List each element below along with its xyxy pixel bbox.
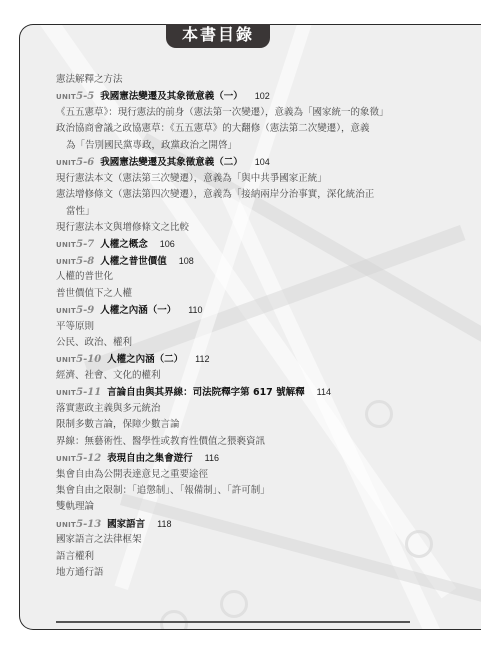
toc-item[interactable]: 憲法解釋之方法: [56, 72, 476, 88]
toc-item[interactable]: 落實憲政主義與多元統治: [56, 401, 476, 417]
table-of-contents: 憲法解釋之方法UNIT5-5我國憲法變遷及其象徵意義（一）102《五五憲草》：現…: [56, 72, 476, 582]
toc-item[interactable]: 集會自由之限制：「追懲制」、「報備制」、「許可制」: [56, 483, 476, 499]
page-number: 104: [255, 157, 270, 167]
unit-number: 5-7: [76, 239, 94, 250]
toc-item[interactable]: 憲法增修條文（憲法第四次變遷），意義為「接納兩岸分治事實，深化統治正: [56, 187, 476, 203]
toc-item[interactable]: 現行憲法本文（憲法第三次變遷），意義為「與中共爭國家正統」: [56, 171, 476, 187]
unit-tag-label: UNIT: [56, 356, 76, 364]
page-title: 本書目錄: [166, 24, 270, 48]
unit-tag-label: UNIT: [56, 307, 76, 315]
toc-item[interactable]: 限制多數言論，保障少數言論: [56, 417, 476, 433]
toc-item[interactable]: 經濟、社會、文化的權利: [56, 368, 476, 384]
unit-tag-label: UNIT: [56, 159, 76, 167]
unit-number: 5-5: [76, 91, 94, 102]
background-circle: [160, 610, 188, 630]
page-number: 112: [195, 354, 209, 364]
toc-unit-entry[interactable]: UNIT5-11言論自由與其界線：司法院釋字第 617 號解釋114: [56, 384, 476, 400]
toc-unit-entry[interactable]: UNIT5-13國家語言118: [56, 516, 476, 532]
bottom-divider: [56, 621, 410, 623]
toc-item[interactable]: 現行憲法本文與增修條文之比較: [56, 220, 476, 236]
toc-item[interactable]: 雙軌理論: [56, 499, 476, 515]
unit-tag-label: UNIT: [56, 258, 76, 266]
background-circle: [220, 590, 248, 618]
toc-item[interactable]: 人權的普世化: [56, 269, 476, 285]
toc-item[interactable]: 國家語言之法律框架: [56, 532, 476, 548]
toc-item[interactable]: 政治協商會議之政協憲草：《五五憲草》的大翻修（憲法第二次變遷），意義: [56, 121, 476, 137]
page-number: 106: [160, 239, 175, 249]
toc-item[interactable]: 《五五憲草》：現行憲法的前身（憲法第一次變遷），意義為「國家統一的象徵」: [56, 105, 476, 121]
unit-title: 我國憲法變遷及其象徵意義（二）: [100, 157, 243, 168]
unit-number: 5-12: [76, 453, 101, 464]
unit-tag-label: UNIT: [56, 455, 76, 463]
unit-tag-label: UNIT: [56, 389, 76, 397]
unit-tag-label: UNIT: [56, 241, 76, 249]
page-number: 118: [157, 519, 171, 529]
page-number: 110: [188, 305, 202, 315]
toc-item[interactable]: 普世價值下之人權: [56, 286, 476, 302]
toc-unit-entry[interactable]: UNIT5-10人權之內涵（二）112: [56, 351, 476, 367]
toc-item[interactable]: 集會自由為公開表達意見之重要途徑: [56, 467, 476, 483]
unit-title: 國家語言: [107, 519, 145, 530]
page-number: 102: [255, 91, 270, 101]
toc-item-continuation[interactable]: 為「告別國民黨專政，政黨政治之開啓」: [56, 138, 476, 154]
toc-item[interactable]: 地方通行語: [56, 565, 476, 581]
unit-tag-label: UNIT: [56, 521, 76, 529]
unit-number: 5-6: [76, 157, 94, 168]
unit-title: 我國憲法變遷及其象徵意義（一）: [100, 91, 243, 102]
toc-unit-entry[interactable]: UNIT5-7人權之概念106: [56, 236, 476, 252]
page-number: 116: [205, 453, 219, 463]
unit-tag-label: UNIT: [56, 93, 76, 101]
unit-title: 人權之概念: [100, 239, 148, 250]
unit-title: 人權之普世價值: [100, 256, 167, 267]
toc-item[interactable]: 公民、政治、權利: [56, 335, 476, 351]
toc-item[interactable]: 平等原則: [56, 319, 476, 335]
toc-unit-entry[interactable]: UNIT5-9人權之內涵（一）110: [56, 302, 476, 318]
unit-title: 人權之內涵（一）: [100, 305, 176, 316]
page-number: 114: [317, 387, 331, 397]
unit-number: 5-11: [76, 387, 101, 398]
unit-title: 言論自由與其界線：司法院釋字第 617 號解釋: [107, 387, 304, 398]
toc-unit-entry[interactable]: UNIT5-12表現自由之集會遊行116: [56, 450, 476, 466]
unit-number: 5-10: [76, 354, 101, 365]
unit-title: 表現自由之集會遊行: [107, 453, 193, 464]
unit-title: 人權之內涵（二）: [107, 354, 183, 365]
unit-number: 5-8: [76, 256, 94, 267]
toc-item-continuation[interactable]: 當性」: [56, 204, 476, 220]
toc-item[interactable]: 語言權利: [56, 549, 476, 565]
toc-unit-entry[interactable]: UNIT5-5我國憲法變遷及其象徵意義（一）102: [56, 88, 476, 104]
toc-unit-entry[interactable]: UNIT5-8人權之普世價值108: [56, 253, 476, 269]
toc-unit-entry[interactable]: UNIT5-6我國憲法變遷及其象徵意義（二）104: [56, 154, 476, 170]
unit-number: 5-13: [76, 519, 101, 530]
page-number: 108: [179, 256, 194, 266]
unit-number: 5-9: [76, 305, 94, 316]
toc-item[interactable]: 界線：無藝術性、醫學性或教育性價值之猥褻資訊: [56, 434, 476, 450]
